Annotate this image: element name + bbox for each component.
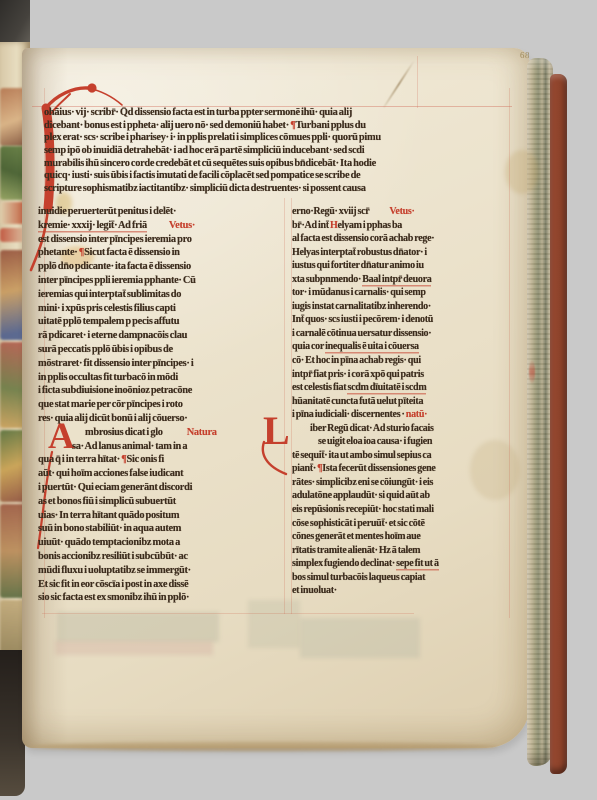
- text-line: uitatē pplō tempalem p pecis affutu: [38, 316, 286, 330]
- book-cover-edge: [550, 74, 567, 774]
- body-text: sepe fit ut ā: [396, 558, 439, 569]
- body-text: pplō dn̄o pdicante· ita facta ē dissensi…: [38, 261, 191, 272]
- body-text: iugis instat carnalitatibz inherendo·: [292, 301, 431, 312]
- photograph-of-manuscript: 68 A L ohāius· vij· scribr̄· Q̄d dissens…: [0, 0, 597, 800]
- body-text: uias· In terra hītant quādo positum: [38, 510, 179, 521]
- text-line: rā pdicaret· i eterne dampnacōis clau: [38, 330, 286, 344]
- body-text: uiuūt· quādo temptacionibz mota a: [38, 537, 180, 548]
- text-line: tē sequit̄· ita ut ambo simul sepius ca: [292, 450, 514, 464]
- text-line: est dissensio inter pīncipes ieremia pro: [38, 234, 286, 248]
- text-line: i carnalē cōtinua uersatur dissensio·: [292, 328, 514, 342]
- text-line: Helyas interptat̄ robustus dn̄ator· i: [292, 247, 514, 261]
- text-line: ieremias qui interptat̄ sublimitas do: [38, 289, 286, 303]
- rubric-text: natū·: [406, 409, 427, 420]
- text-line: semp ipō ob inuidiā detrahebāt· i ad hoc…: [44, 145, 514, 158]
- body-text: suū in bono stabiliūt· in aqua autem: [38, 523, 181, 534]
- body-text: kremie· xxxij· legit̄· Ad friā: [38, 220, 147, 231]
- text-line: cō· Et hoc in pīna achab regis· qui: [292, 355, 514, 369]
- text-line: bos simul turbacōis laqueus capiat: [292, 572, 514, 586]
- text-line: quia cor inequalis ē uita i cōuersa: [292, 341, 514, 355]
- text-line: scripture sophismatibz iactitantibz· sim…: [44, 183, 514, 196]
- body-text: Baal intpr̄ deuora: [362, 274, 431, 285]
- text-line: murabilis ihū sincero corde credebāt et …: [44, 158, 514, 171]
- text-line: se uigit eloa ioa causa· i fugien: [292, 436, 514, 450]
- text-line: erno·Regū· xviij scr̄Vetus·: [292, 206, 514, 220]
- text-line: mini· i xpūs pris celestis filius capti: [38, 303, 286, 317]
- ruling-line-vertical-margin: [417, 56, 418, 108]
- text-line: xta subpnmendo· Baal intpr̄ deuora: [292, 274, 514, 288]
- body-text: cō· Et hoc in pīna achab regis· qui: [292, 355, 421, 366]
- body-text: Ista fecerūt dissensiones gene: [322, 463, 435, 474]
- body-text: Et sic fit in eor cōscīa i post in axe d…: [38, 579, 188, 590]
- body-text: tor· i mūdanus i carnalis· qui semp: [292, 287, 426, 298]
- text-line: et inuoluat·: [292, 585, 514, 599]
- body-text: inuidie peruerterūt penitus i delēt·: [38, 206, 176, 217]
- body-text: i ficta subdiuisione inoōnioz petracōne: [38, 385, 192, 396]
- text-line: cōse sophisticāt i peruūt̄· et sic cōtē: [292, 518, 514, 532]
- body-text: i pīna iudiciali· discernentes ·: [292, 409, 406, 420]
- text-line: que stat marie per cōr pīncipes i roto: [38, 399, 286, 413]
- rubric-text: Vetus·: [389, 206, 414, 217]
- body-text: al facta est dissensio corā achab rege·: [292, 233, 434, 244]
- body-text: ieremias qui interptat̄ sublimitas do: [38, 289, 181, 300]
- text-line: Int̄ quos· scs iusti i pecōrem· i denotū: [292, 314, 514, 328]
- body-text: aūt· qui hoīm acciones false iudicant: [38, 468, 183, 479]
- text-line: est celestis fiat scdm dīuitatē i scdm: [292, 382, 514, 396]
- body-text: ohāius· vij· scribr̄· Q̄d dissensio fact…: [44, 107, 352, 118]
- text-line: plex erat· scs· scribe i pharisey· i· in…: [44, 132, 514, 145]
- underlying-leaf-edge: [30, 742, 498, 751]
- body-text: elyam i pphas ba: [338, 220, 403, 231]
- body-text: hūanitatē cuncta futā uelut pīteita: [292, 396, 423, 407]
- body-text: inter pīncipes ppli ieremia pphante· Cū: [38, 275, 196, 286]
- text-line: in pplis occultas fit turbacō in mōdi: [38, 372, 286, 386]
- text-line: qua q̄ i in terra hītat· ¶Sic onis fi: [38, 454, 286, 468]
- text-line: tor· i mūdanus i carnalis· qui semp: [292, 287, 514, 301]
- text-line: res· quia alij dicūt bonū i alij cōuerso…: [38, 413, 286, 427]
- body-text: rā pdicaret· i eterne dampnacōis clau: [38, 330, 187, 341]
- body-text: i puertūt· Qui eciam generānt discordi: [38, 482, 192, 493]
- text-line: eis repūsionis recepiūt· hoc stati mali: [292, 504, 514, 518]
- body-text: cōnes generāt et mentes hoīm aue: [292, 531, 421, 542]
- text-line: pplō dn̄o pdicante· ita facta ē dissensi…: [38, 261, 286, 275]
- body-text: adulatōne applaudūt· si quid aūt ab: [292, 490, 430, 501]
- text-line: surā peccatis pplō ūbis i opibus de: [38, 344, 286, 358]
- text-line: as et bonos fiū i simplicū subuertūt: [38, 496, 286, 510]
- body-text: quicq· iusti· suis ūbis i factis imutati…: [44, 170, 360, 181]
- body-text: iber Regū dicat· Ad sturio facais: [310, 423, 434, 434]
- text-line: ohāius· vij· scribr̄· Q̄d dissensio fact…: [44, 107, 514, 120]
- initial-i-dot: [87, 83, 96, 92]
- text-line: adulatōne applaudūt· si quid aūt ab: [292, 490, 514, 504]
- body-text: Helyas interptat̄ robustus dn̄ator· i: [292, 247, 427, 258]
- text-line: br̄·Ad int̄ Helyam i pphas ba: [292, 220, 514, 234]
- body-text: scripture sophismatibz iactitantibz· sim…: [44, 183, 366, 194]
- ruling-line-horizontal-bottom: [42, 613, 414, 614]
- body-text: bonis accionibz resiliūt i subcūbūt· ac: [38, 551, 188, 562]
- text-line: mūdi fluxu i uoluptatibz se immergūt·: [38, 565, 286, 579]
- body-text: as et bonos fiū i simplicū subuertūt: [38, 496, 176, 507]
- top-text-block: ohāius· vij· scribr̄· Q̄d dissensio fact…: [44, 107, 514, 199]
- body-text: Sic onis fi: [127, 454, 164, 465]
- text-line: i pīna iudiciali· discernentes · natū·: [292, 409, 514, 423]
- rubric-text: Natura: [187, 427, 217, 438]
- body-text: eis repūsionis recepiūt· hoc stati mali: [292, 504, 434, 515]
- body-text: bos simul turbacōis laqueus capiat: [292, 572, 425, 583]
- body-text: sa· Ad lanus animal· tam in a: [72, 441, 187, 452]
- body-text: rītatis tramite alienāt· Hz ā talem: [292, 545, 420, 556]
- text-line: inter pīncipes ppli ieremia pphante· Cū: [38, 275, 286, 289]
- text-line: iber Regū dicat· Ad sturio facais: [292, 423, 514, 437]
- rubric-text: H: [330, 220, 338, 231]
- body-text: et inuoluat·: [292, 585, 337, 596]
- text-line: intpr̄ fiat pris· i corā xpō qui patris: [292, 369, 514, 383]
- body-text: se uigit eloa ioa causa· i fugien: [318, 436, 432, 447]
- text-line: uiuūt· quādo temptacionibz mota a: [38, 537, 286, 551]
- fore-edge-red-smudge: [529, 360, 535, 384]
- body-text: murabilis ihū sincero corde credebāt et …: [44, 158, 376, 169]
- body-text: tē sequit̄· ita ut ambo simul sepius ca: [292, 450, 431, 461]
- text-line: i ficta subdiuisione inoōnioz petracōne: [38, 385, 286, 399]
- body-text: inequalis ē uita i cōuersa: [325, 341, 419, 352]
- body-text: simplex fugiendo declinat·: [292, 558, 396, 569]
- body-text: phetante·: [38, 247, 79, 258]
- body-text: mbrosius dicat i glo: [85, 427, 163, 438]
- text-line: dicebant· bonus est i ppheta· alij uero …: [44, 120, 514, 133]
- show-through-block: [55, 641, 213, 655]
- body-text: Int̄ quos· scs iusti i pecōrem· i denotū: [292, 314, 433, 325]
- body-text: mūdi fluxu i uoluptatibz se immergūt·: [38, 565, 191, 576]
- text-line: mōstraret· fit dissensio inter pīncipes·…: [38, 358, 286, 372]
- text-line: uias· In terra hītant quādo positum: [38, 510, 286, 524]
- body-text: quia cor: [292, 341, 325, 352]
- body-text: rātes· simplicibz eni se cōiungūt· i eis: [292, 477, 433, 488]
- text-line: sio sic facta est ex smonibz ihū in pplō…: [38, 592, 286, 606]
- body-text: que stat marie per cōr pīncipes i roto: [38, 399, 183, 410]
- text-line: cōnes generāt et mentes hoīm aue: [292, 531, 514, 545]
- body-text: uitatē pplō tempalem p pecis affutu: [38, 316, 179, 327]
- body-text: mini· i xpūs pris celestis filius capti: [38, 303, 176, 314]
- text-line: phetante· ¶Sicut facta ē dissensio in: [38, 247, 286, 261]
- text-line: mbrosius dicat i gloNatura: [38, 427, 286, 441]
- text-line: quicq· iusti· suis ūbis i factis imutati…: [44, 170, 514, 183]
- body-text: intpr̄ fiat pris· i corā xpō qui patris: [292, 369, 424, 380]
- body-text: Turbani pplus du: [296, 120, 366, 131]
- text-line: rītatis tramite alienāt· Hz ā talem: [292, 545, 514, 559]
- text-line: inuidie peruerterūt penitus i delēt·: [38, 206, 286, 220]
- body-text: xta subpnmendo·: [292, 274, 362, 285]
- text-line: piant̄· ¶Ista fecerūt dissensiones gene: [292, 463, 514, 477]
- body-text: surā peccatis pplō ūbis i opibus de: [38, 344, 173, 355]
- text-line: iustus qui fortiter dn̄atur animo iu: [292, 260, 514, 274]
- text-line: hūanitatē cuncta futā uelut pīteita: [292, 396, 514, 410]
- text-line: sa· Ad lanus animal· tam in a: [38, 441, 286, 455]
- body-text: semp ipō ob inuidiā detrahebāt· i ad hoc…: [44, 145, 364, 156]
- text-column-right: erno·Regū· xviij scr̄Vetus·br̄·Ad int̄ H…: [292, 206, 514, 604]
- body-text: plex erat· scs· scribe i pharisey· i· in…: [44, 132, 381, 143]
- body-text: Sicut facta ē dissensio in: [84, 247, 180, 258]
- body-text: cōse sophisticāt i peruūt̄· et sic cōtē: [292, 518, 425, 529]
- body-text: iustus qui fortiter dn̄atur animo iu: [292, 260, 424, 271]
- text-column-left: inuidie peruerterūt penitus i delēt·krem…: [38, 206, 286, 610]
- body-text: est celestis fiat: [292, 382, 347, 393]
- body-text: mōstraret· fit dissensio inter pīncipes·…: [38, 358, 193, 369]
- text-line: simplex fugiendo declinat· sepe fit ut ā: [292, 558, 514, 572]
- text-line: Et sic fit in eor cōscīa i post in axe d…: [38, 579, 286, 593]
- show-through-block: [57, 612, 219, 642]
- text-line: i puertūt· Qui eciam generānt discordi: [38, 482, 286, 496]
- show-through-block: [300, 618, 420, 658]
- text-line: suū in bono stabiliūt· in aqua autem: [38, 523, 286, 537]
- text-line: rātes· simplicibz eni se cōiungūt· i eis: [292, 477, 514, 491]
- body-text: piant̄·: [292, 463, 317, 474]
- body-text: dicebant· bonus est i ppheta· alij uero …: [44, 120, 290, 131]
- body-text: erno·Regū· xviij scr̄: [292, 206, 369, 217]
- body-text: sio sic facta est ex smonibz ihū in pplō…: [38, 592, 189, 603]
- body-text: est dissensio inter pīncipes ieremia pro: [38, 234, 192, 245]
- body-text: i carnalē cōtinua uersatur dissensio·: [292, 328, 431, 339]
- rubric-text: Vetus·: [169, 220, 195, 231]
- text-line: bonis accionibz resiliūt i subcūbūt· ac: [38, 551, 286, 565]
- body-text: in pplis occultas fit turbacō in mōdi: [38, 372, 178, 383]
- text-line: kremie· xxxij· legit̄· Ad friāVetus·: [38, 220, 286, 234]
- text-line: iugis instat carnalitatibz inherendo·: [292, 301, 514, 315]
- body-text: br̄·Ad int̄: [292, 220, 330, 231]
- text-line: aūt· qui hoīm acciones false iudicant: [38, 468, 286, 482]
- body-text: qua q̄ i in terra hītat·: [38, 454, 121, 465]
- folio-number: 68: [520, 50, 530, 60]
- body-text: scdm dīuitatē i scdm: [347, 382, 426, 393]
- body-text: res· quia alij dicūt bonū i alij cōuerso…: [38, 413, 187, 424]
- text-line: al facta est dissensio corā achab rege·: [292, 233, 514, 247]
